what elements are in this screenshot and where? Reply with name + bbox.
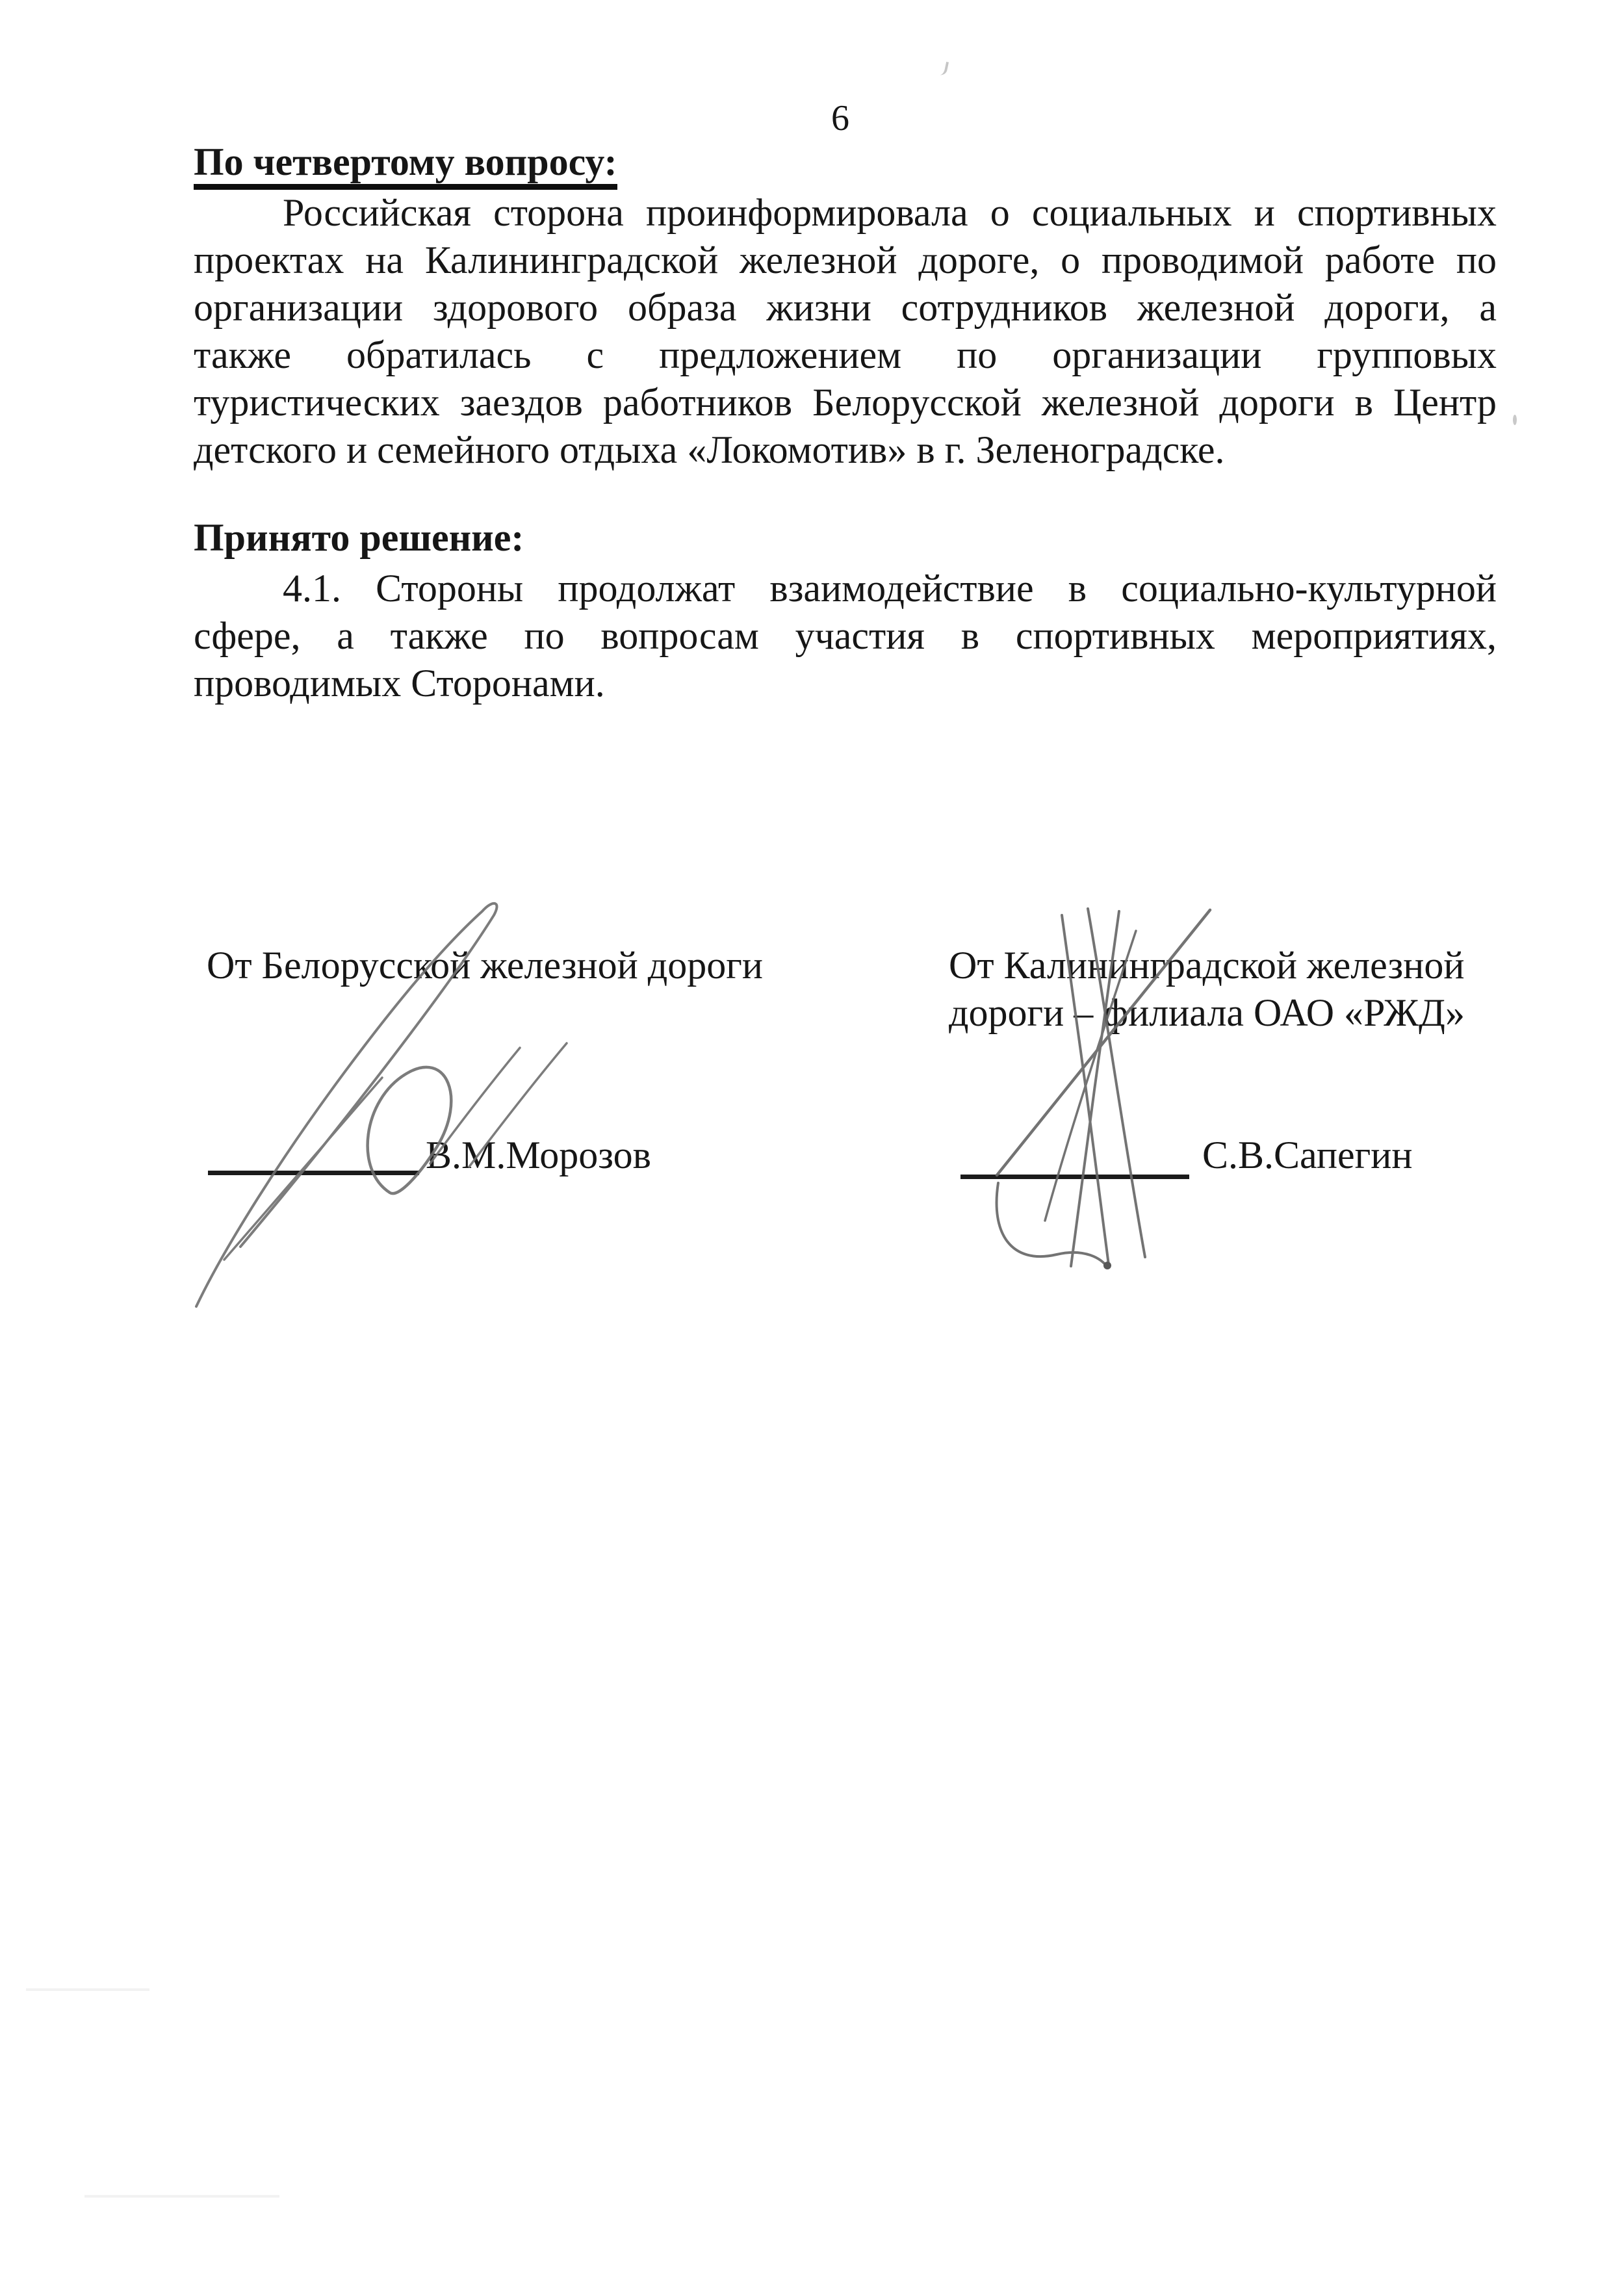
paragraph-line: детского и семейного отдыха «Локомотив» … [194, 426, 1497, 474]
signatory-name-left: В.М.Морозов [426, 1134, 651, 1176]
paragraph-line: туристических заездов работников Белорус… [194, 379, 1497, 426]
section-question: По четвертому вопросу: [194, 140, 617, 190]
scan-streak [26, 1988, 149, 1991]
org-label-right: От Калининградской железной дороги – фил… [949, 942, 1514, 1037]
paragraph-line: проводимых Сторонами. [194, 660, 1497, 707]
signatory-name-right: С.В.Сапегин [1202, 1134, 1412, 1176]
paragraph-question: Российская сторона проинформировала о со… [194, 189, 1497, 474]
paragraph-line: Российская сторона проинформировала о со… [194, 189, 1497, 237]
paragraph-line: организации здорового образа жизни сотру… [194, 284, 1497, 331]
paragraph-line: сфере, а также по вопросам участия в спо… [194, 612, 1497, 660]
document-page: 6 По четвертому вопросу: Российская стор… [0, 0, 1624, 2286]
paragraph-line: проектах на Калининградской железной дор… [194, 237, 1497, 284]
signature-line-left [208, 1171, 419, 1175]
org-label-left-line: От Белорусской железной дороги [207, 942, 763, 989]
scan-speck [1513, 415, 1517, 425]
section-decision: Принято решение: [194, 516, 524, 559]
org-label-right-line: дороги – филиала ОАО «РЖД» [949, 989, 1514, 1037]
paragraph-line: 4.1. Стороны продолжат взаимодействие в … [194, 565, 1497, 612]
section-heading-question: По четвертому вопросу: [194, 140, 617, 190]
scan-streak [84, 2195, 279, 2198]
scan-speck [937, 60, 949, 76]
org-label-right-line: От Калининградской железной [949, 942, 1514, 989]
org-label-left: От Белорусской железной дороги [207, 942, 763, 989]
signature-line-right [960, 1175, 1189, 1179]
page-number: 6 [811, 99, 870, 138]
paragraph-decision: 4.1. Стороны продолжат взаимодействие в … [194, 565, 1497, 707]
section-heading-decision: Принято решение: [194, 516, 524, 559]
paragraph-line: также обратилась с предложением по орган… [194, 331, 1497, 379]
